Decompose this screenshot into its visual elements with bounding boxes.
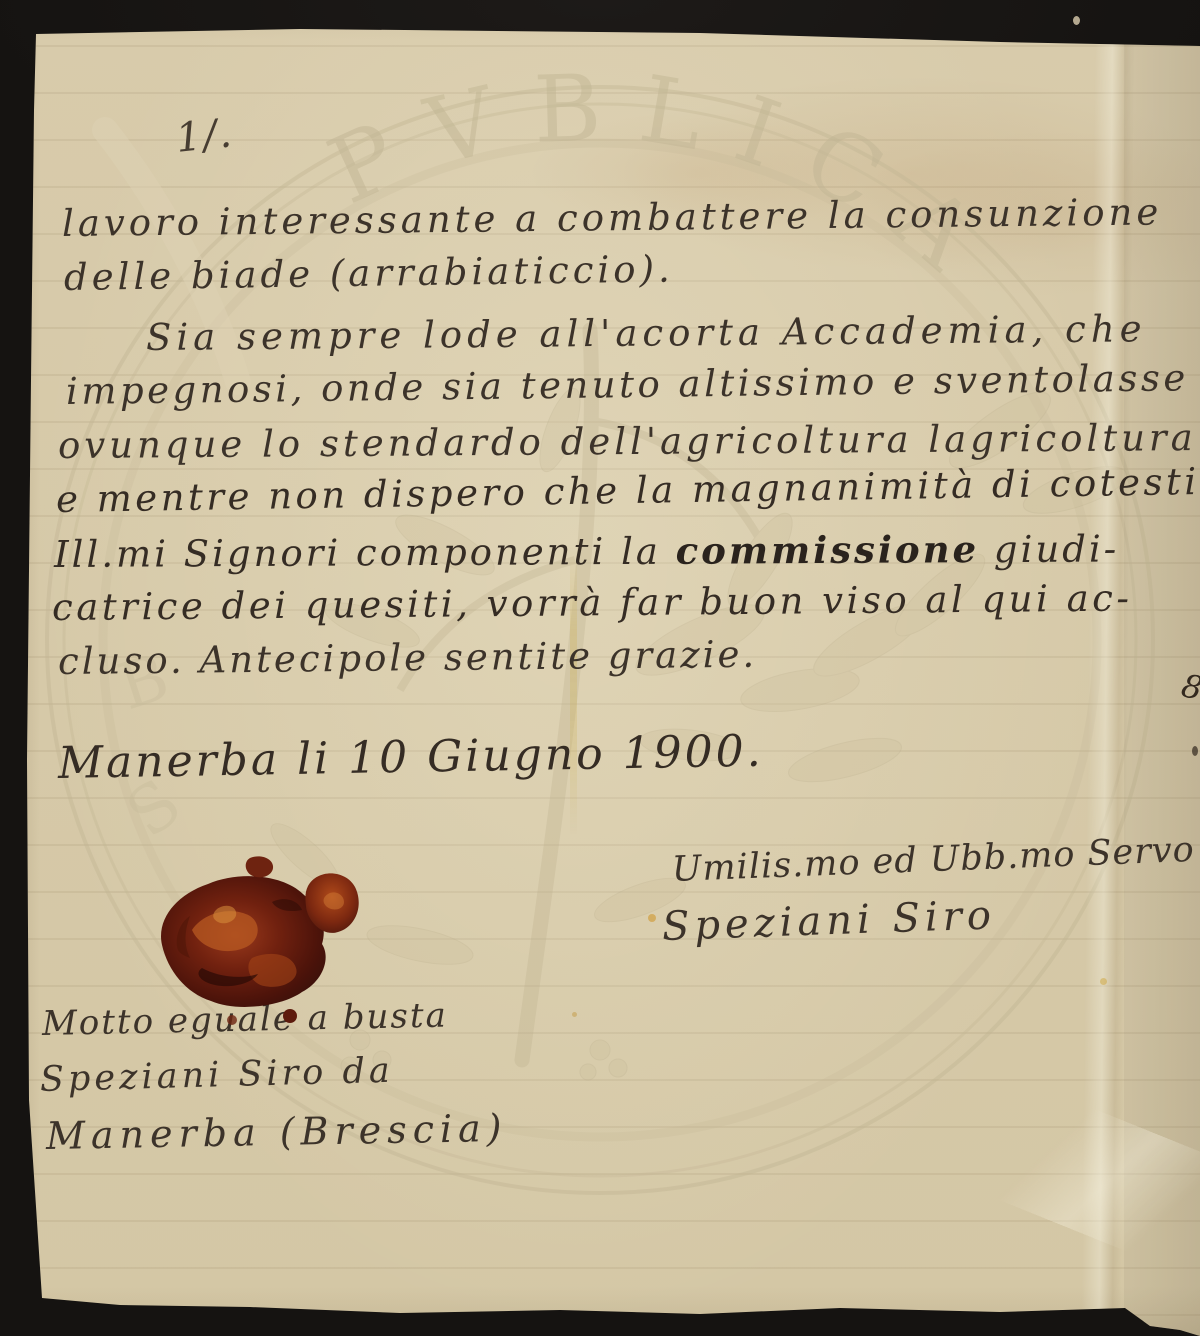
- letter-line-bold-word: commissione: [676, 527, 980, 573]
- dateline: Manerba li 10 Giugno 1900.: [58, 726, 764, 789]
- dust-speck: [1073, 16, 1080, 25]
- letter-line: ovunque lo stendardo dell'agricoltura la…: [58, 416, 1200, 467]
- paper-sheet: PVBLICA B S: [0, 0, 1200, 1336]
- amber-speck: [648, 914, 656, 922]
- letter-line: catrice dei quesiti, vorrà far buon viso…: [52, 577, 1133, 629]
- page-number-mark: 1/.: [174, 110, 236, 162]
- letter-line: e mentre non dispero che la magnanimità …: [56, 460, 1200, 521]
- edge-ink-dot: [1192, 746, 1198, 756]
- amber-speck: [1100, 978, 1107, 985]
- letter-line-segment: Ill.mi Signori componenti la: [54, 530, 676, 576]
- letter-line-segment: giudi-: [979, 527, 1119, 571]
- signature: Speziani Siro: [661, 892, 996, 950]
- sender-note-line: Speziani Siro da: [39, 1051, 394, 1100]
- letter-line: lavoro interessante a combattere la cons…: [62, 190, 1163, 245]
- letter-line: cluso. Antecipole sentite grazie.: [58, 633, 758, 683]
- sender-note-line: Manerba (Brescia): [46, 1106, 508, 1158]
- letter-line: Ill.mi Signori componenti la commissione…: [54, 526, 1119, 576]
- letter-line: delle biade (arrabiaticcio).: [64, 247, 674, 299]
- wax-seal: [132, 850, 368, 1034]
- amber-speck: [572, 1012, 577, 1017]
- letter-line: Sia sempre lode all'acorta Accademia, ch…: [146, 307, 1147, 359]
- letter-line: impegnosi, onde sia tenuto altissimo e s…: [66, 356, 1189, 413]
